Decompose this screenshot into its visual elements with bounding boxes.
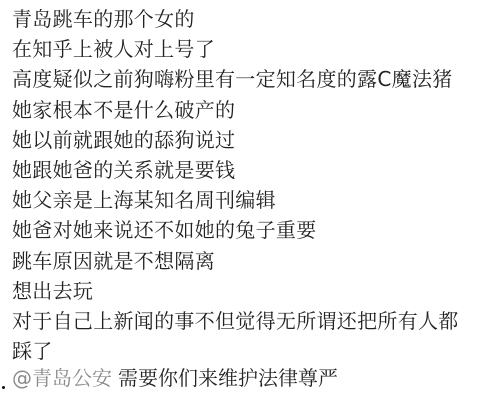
post-line-6: 她跟她爸的关系就是要钱	[12, 155, 459, 185]
bullet-dot-icon	[2, 386, 5, 389]
post-line-3: 高度疑似之前狗嗨粉里有一定知名度的露C魔法猪	[12, 64, 459, 94]
mention-line: @青岛公安需要你们来维护法律尊严	[12, 363, 338, 393]
post-text-screenshot: 青岛跳车的那个女的 在知乎上被人对上号了 高度疑似之前狗嗨粉里有一定知名度的露C…	[0, 0, 500, 396]
post-line-10: 想出去玩	[12, 276, 459, 306]
post-line-8: 她爸对她来说还不如她的兔子重要	[12, 215, 459, 245]
mention-text: 需要你们来维护法律尊严	[118, 366, 338, 390]
post-line-11: 对于自己上新闻的事不但觉得无所谓还把所有人都	[12, 306, 459, 336]
mention-link[interactable]: @青岛公安	[12, 366, 112, 390]
post-line-7: 她父亲是上海某知名周刊编辑	[12, 185, 459, 215]
post-line-4: 她家根本不是什么破产的	[12, 95, 459, 125]
post-line-5: 她以前就跟她的舔狗说过	[12, 125, 459, 155]
post-line-12: 踩了	[12, 336, 459, 366]
post-line-9: 跳车原因就是不想隔离	[12, 246, 459, 276]
post-line-1: 青岛跳车的那个女的	[12, 4, 459, 34]
post-body: 青岛跳车的那个女的 在知乎上被人对上号了 高度疑似之前狗嗨粉里有一定知名度的露C…	[12, 4, 459, 366]
post-line-2: 在知乎上被人对上号了	[12, 34, 459, 64]
